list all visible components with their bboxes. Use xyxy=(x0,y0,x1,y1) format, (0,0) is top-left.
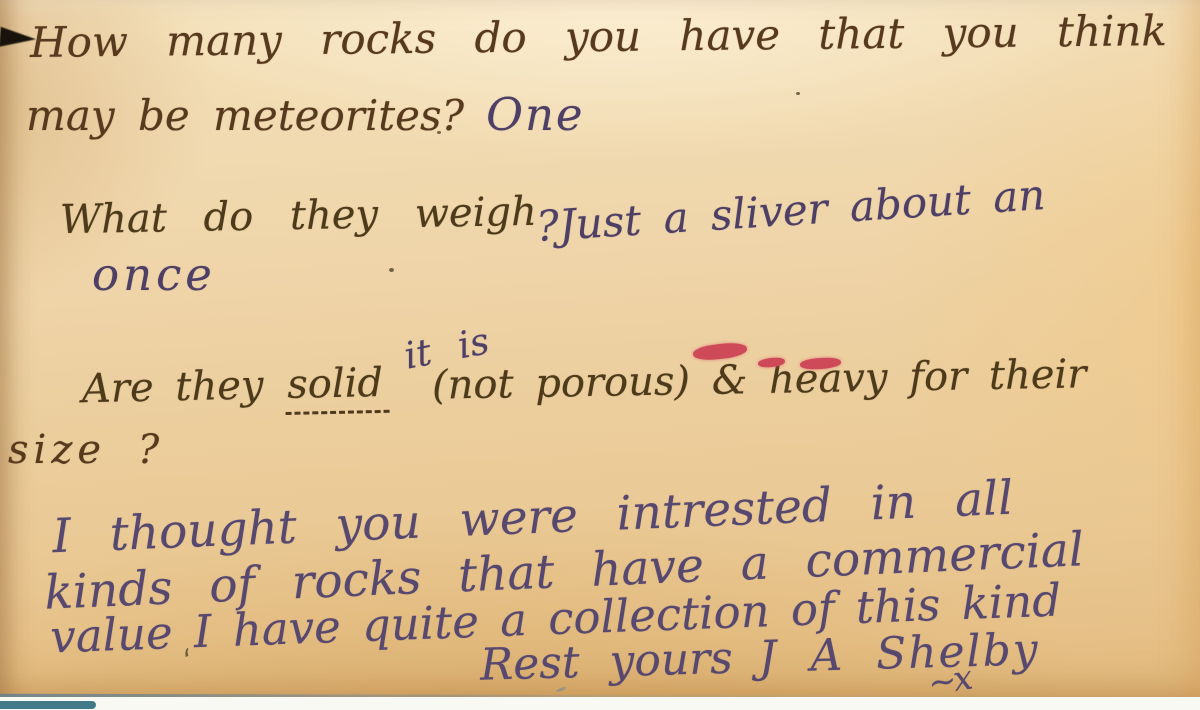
signature-name: J A Shelby xyxy=(758,624,1040,683)
paper-speck xyxy=(389,268,394,272)
answer2-line2: once xyxy=(92,252,216,297)
scanner-background-strip xyxy=(0,697,1200,710)
scan-edge-teal-bar xyxy=(0,701,96,709)
question3-solid-underlined: solid xyxy=(285,360,390,415)
question1-line2-text: may be meteorites? xyxy=(26,91,464,140)
question2-label: What do they weigh xyxy=(60,189,538,243)
question3-part3-text: size ? xyxy=(8,427,164,473)
question3-lead-text: Are they xyxy=(82,362,264,412)
question3-part1: Are they solid xyxy=(82,363,390,409)
paper-speck xyxy=(796,92,800,95)
scanned-postcard: How many rocks do you have that you thin… xyxy=(0,0,1200,710)
answer1-text: One xyxy=(486,88,585,141)
answer2-line2-text: once xyxy=(92,248,216,301)
closing-text: Rest yours xyxy=(479,633,733,691)
question2-text: What do they weigh xyxy=(60,192,537,240)
question1-line2: may be meteorites?One xyxy=(26,92,585,137)
question3-part3: size ? xyxy=(8,430,164,470)
paper-speck xyxy=(437,131,441,134)
question1-line1: How many rocks do you have that you thin… xyxy=(30,10,1167,64)
